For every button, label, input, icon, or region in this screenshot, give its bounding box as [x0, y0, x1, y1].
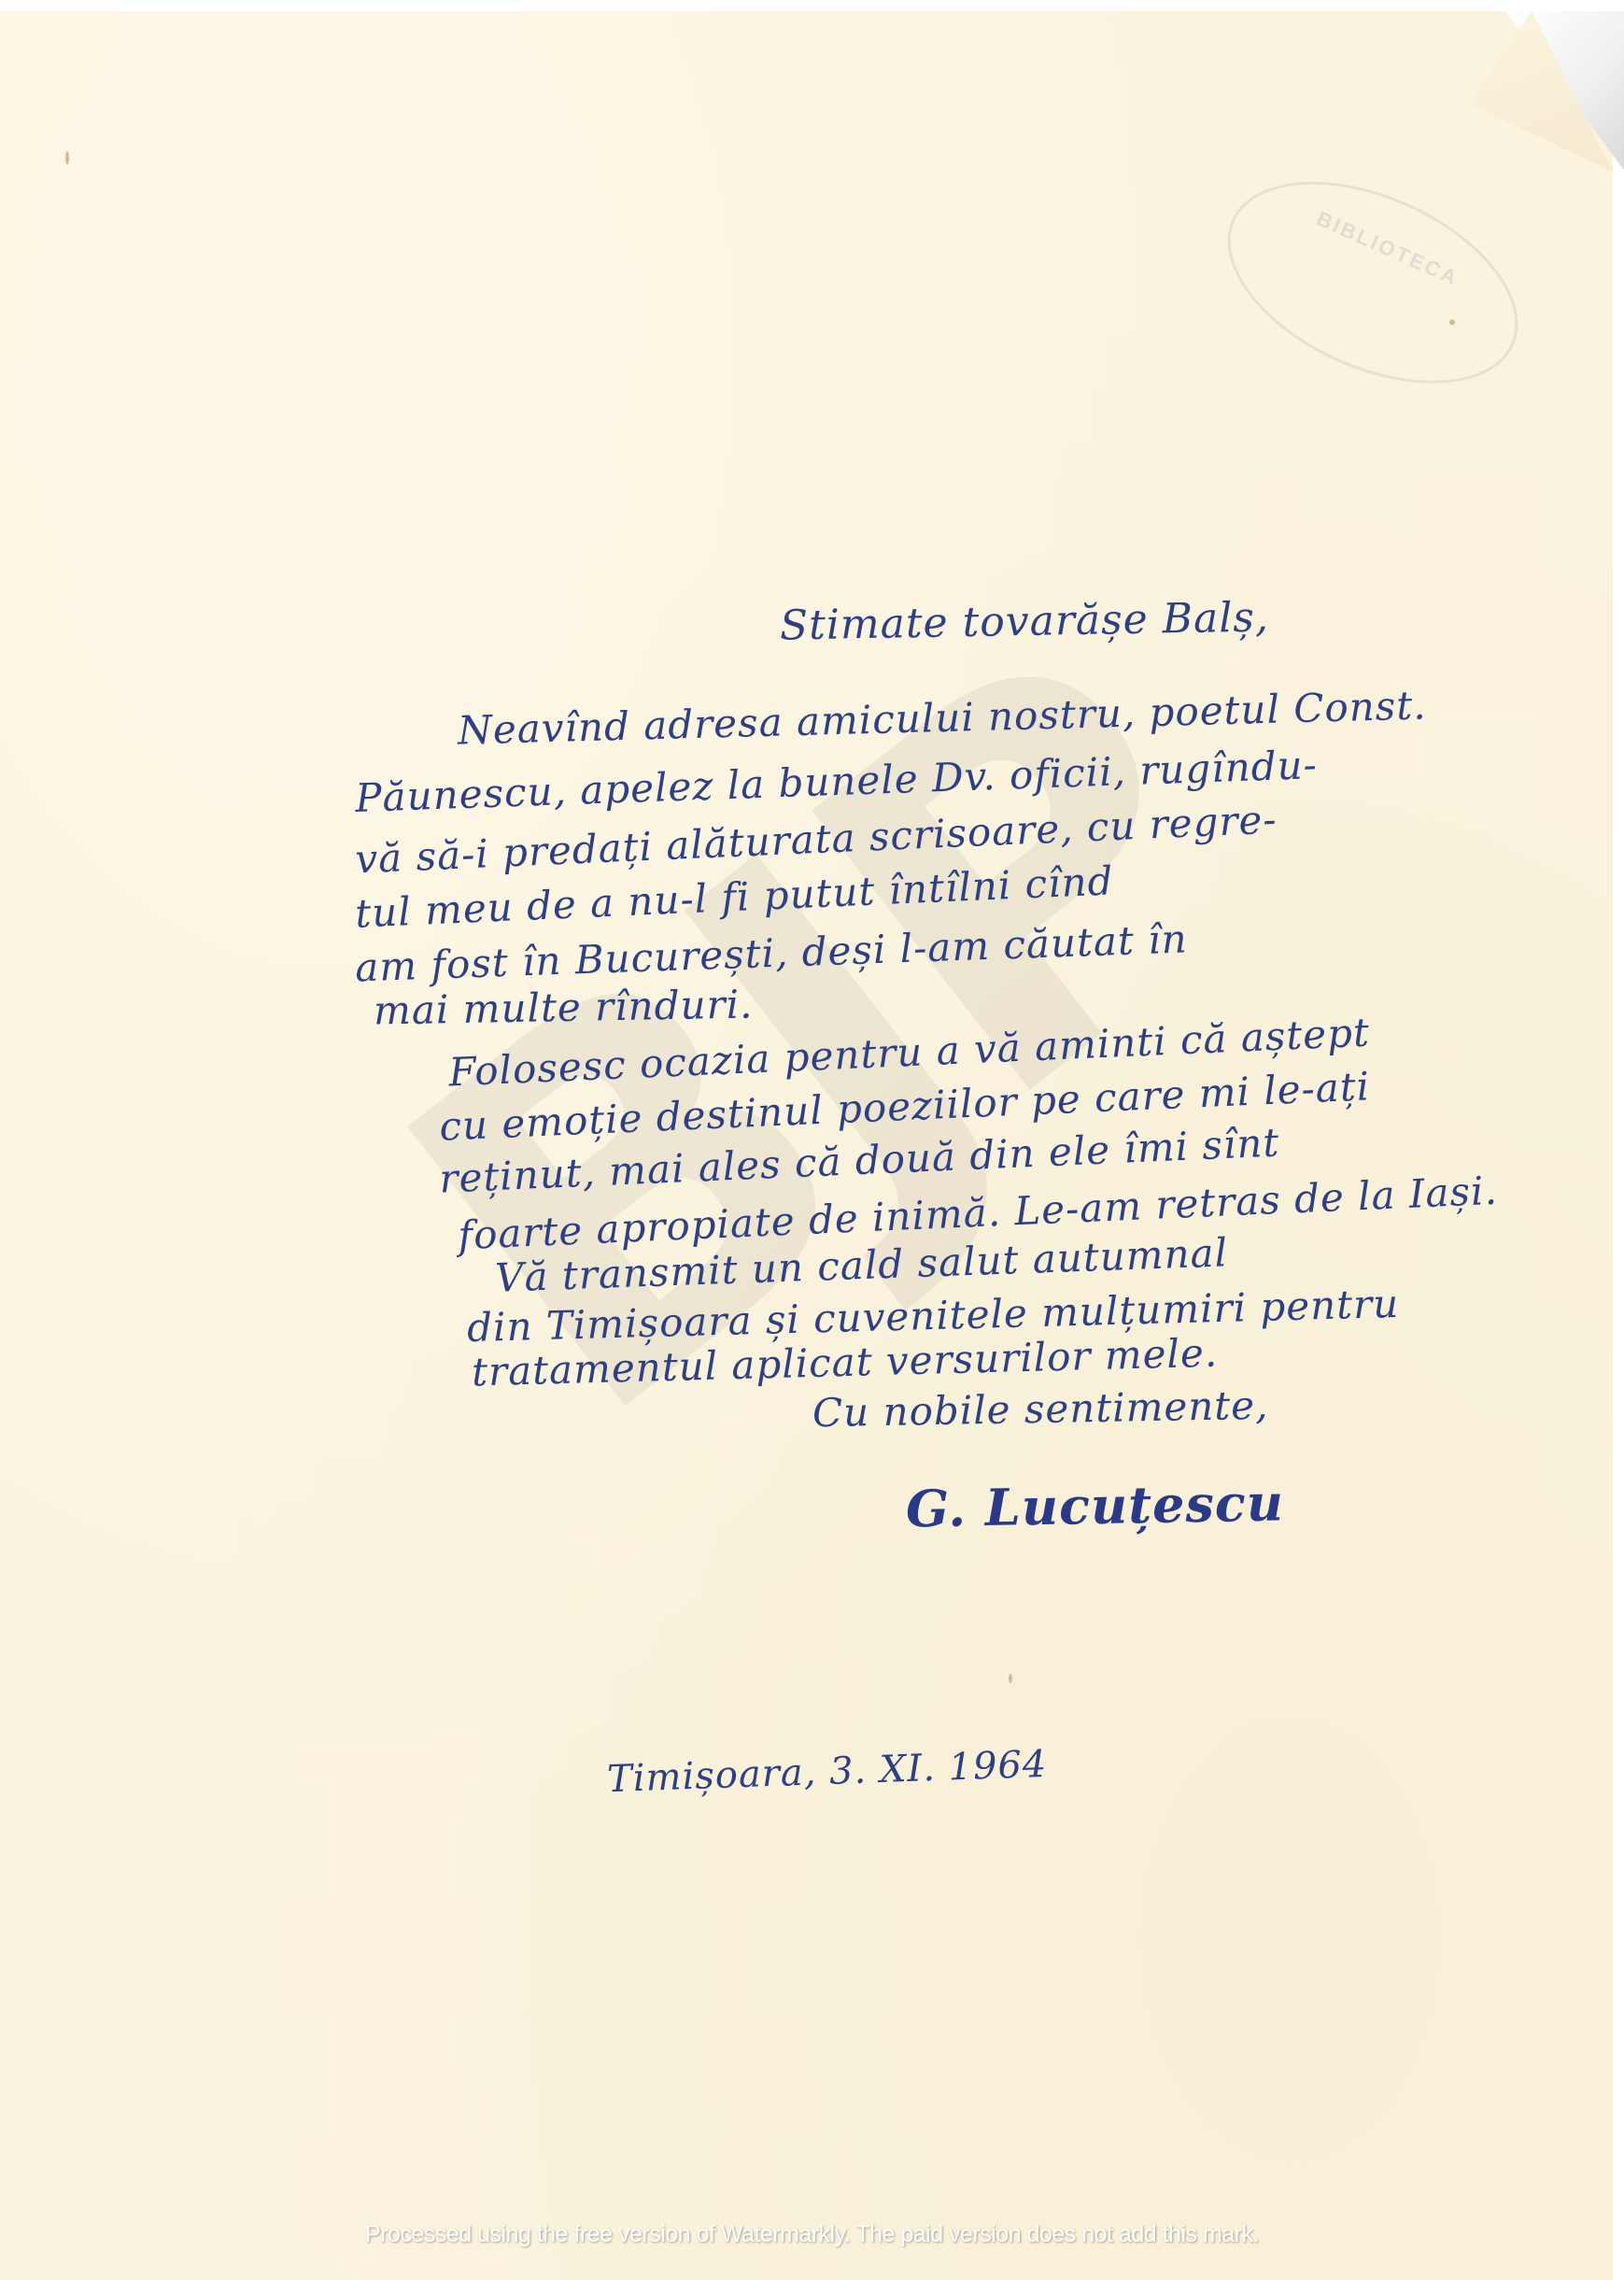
archive-stamp: BIBLIOTECA [1197, 141, 1549, 424]
place-and-date: Timișoara, 3. XI. 1964 [606, 1743, 1048, 1801]
letter-page: BIBLIOTECA BJP Stimate tovarășe Balș, Ne… [0, 11, 1613, 2280]
letter-salutation: Stimate tovarășe Balș, [780, 593, 1270, 649]
letter-closing: Cu nobile sentimente, [812, 1382, 1269, 1437]
signature: G. Lucuțescu [905, 1472, 1284, 1538]
paper-speck [65, 151, 69, 164]
letter-body-line: mai multe rînduri. [374, 981, 754, 1033]
paper-speck [1009, 1674, 1012, 1683]
watermarkly-notice: Processed using the free version of Wate… [0, 2221, 1624, 2248]
